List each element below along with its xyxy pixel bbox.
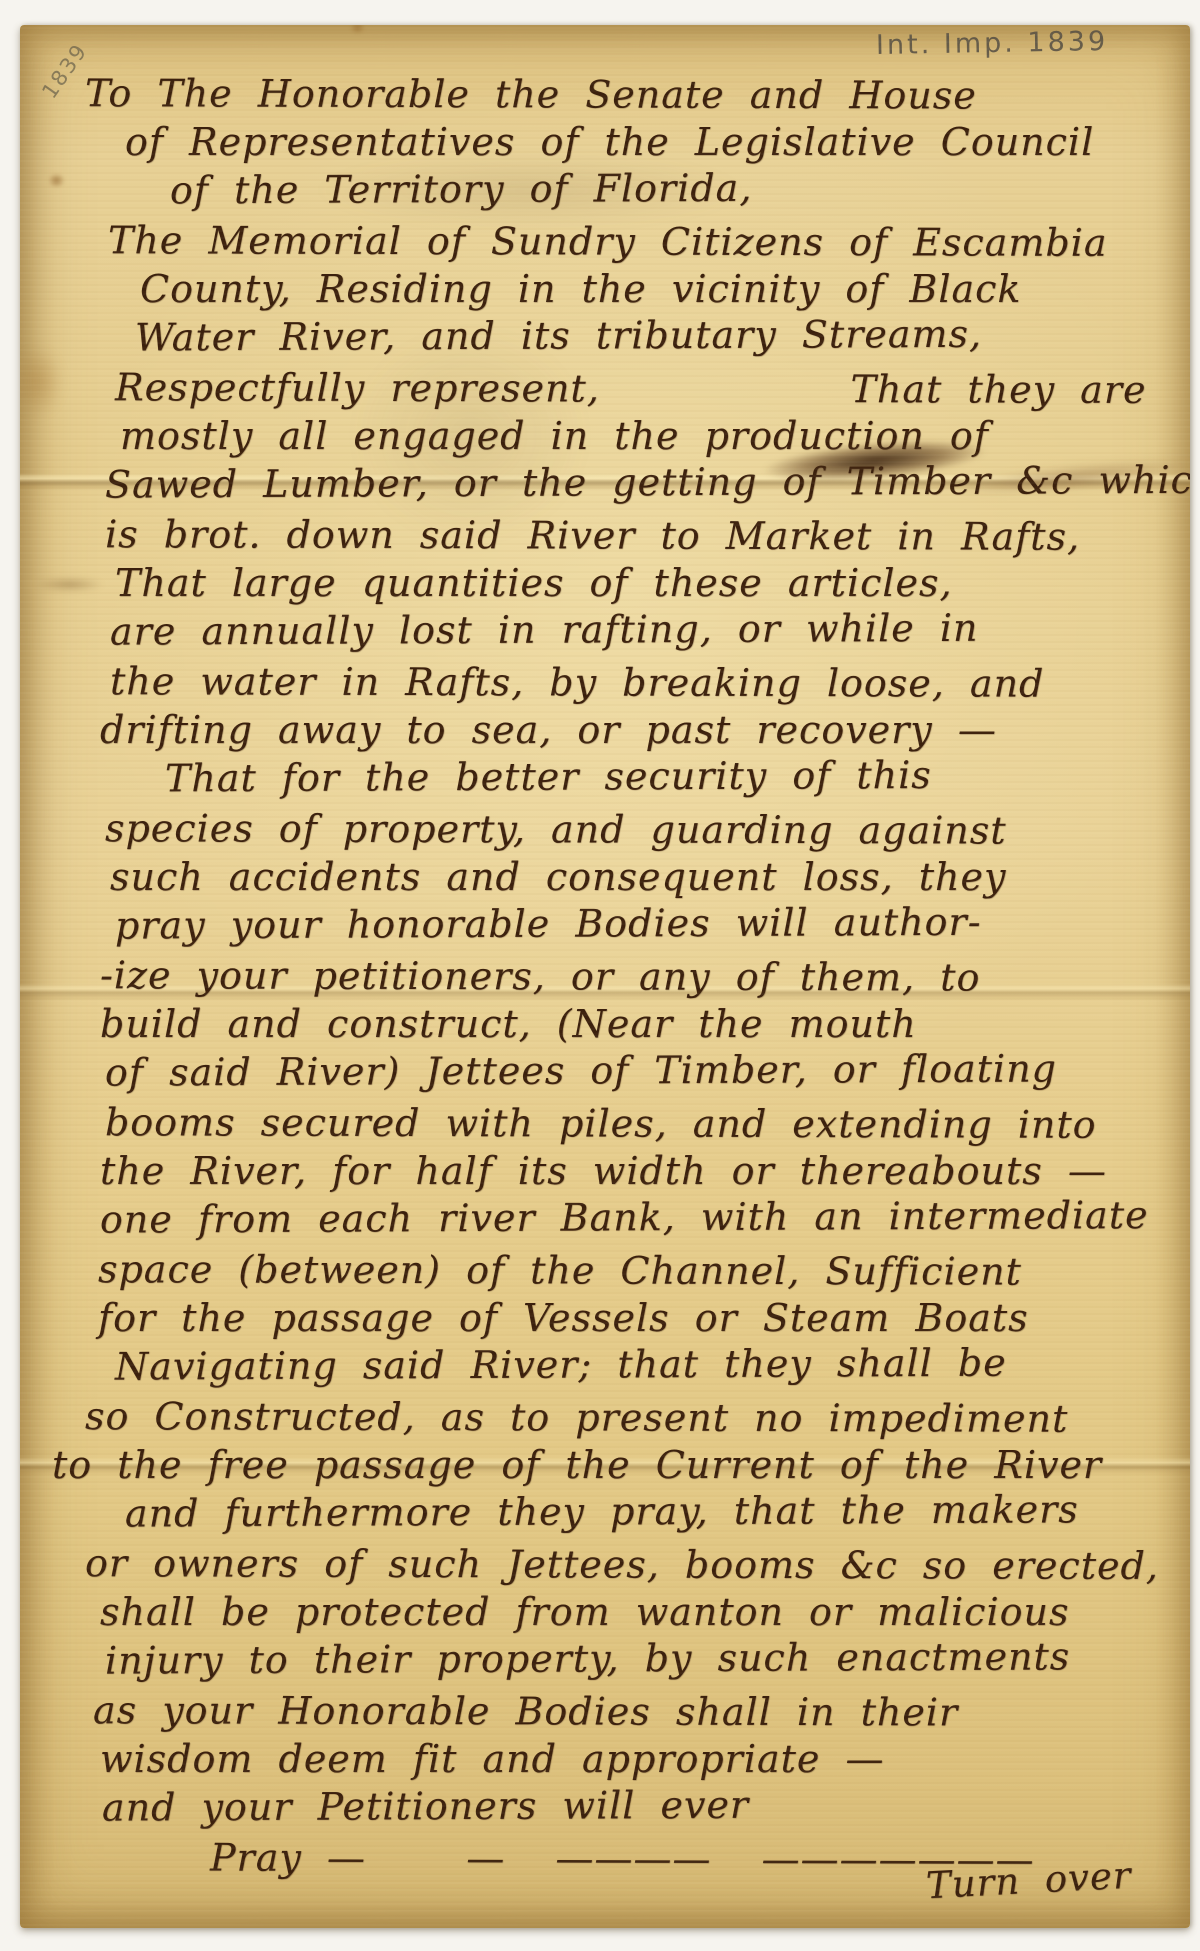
- handwritten-line: booms secured with piles, and extending …: [20, 1098, 1190, 1150]
- handwritten-line: To The Honorable the Senate and House: [20, 69, 1190, 121]
- document-lines: To The Honorable the Senate and Houseof …: [20, 69, 1190, 1882]
- handwritten-line: the River, for half its width or thereab…: [20, 1147, 1190, 1196]
- turn-over-note: Turn over: [925, 1854, 1133, 1908]
- handwritten-line: That large quantities of these articles,: [20, 559, 1190, 608]
- handwritten-line: Respectfully represent, That they are: [20, 363, 1190, 415]
- handwritten-line: of Representatives of the Legislative Co…: [20, 118, 1190, 167]
- manuscript-paper: 1839 Int. Imp. 1839 To The Honorable the…: [20, 25, 1190, 1928]
- handwritten-line: are annually lost in rafting, or while i…: [20, 603, 1190, 657]
- handwritten-line: one from each river Bank, with an interm…: [20, 1191, 1190, 1245]
- handwritten-line: space (between) of the Channel, Sufficie…: [20, 1245, 1190, 1297]
- handwritten-line: injury to their property, by such enactm…: [20, 1632, 1190, 1686]
- handwritten-line: drifting away to sea, or past recovery —: [20, 706, 1190, 755]
- handwritten-line: Sawed Lumber, or the getting of Timber &…: [20, 456, 1190, 510]
- handwritten-line: of said River) Jettees of Timber, or flo…: [20, 1044, 1190, 1098]
- handwritten-line: wisdom deem fit and appropriate —: [20, 1735, 1190, 1784]
- handwritten-line: or owners of such Jettees, booms &c so e…: [20, 1539, 1190, 1591]
- pencil-archival-label: Int. Imp. 1839: [876, 26, 1109, 61]
- handwritten-line: for the passage of Vessels or Steam Boat…: [20, 1294, 1190, 1343]
- handwritten-line: to the free passage of the Current of th…: [20, 1441, 1190, 1490]
- handwritten-line: as your Honorable Bodies shall in their: [20, 1686, 1190, 1738]
- handwritten-line: of the Territory of Florida,: [20, 162, 1190, 216]
- handwritten-line: species of property, and guarding agains…: [20, 804, 1190, 856]
- handwritten-line: Water River, and its tributary Streams,: [20, 309, 1190, 363]
- handwritten-line: shall be protected from wanton or malici…: [20, 1588, 1190, 1637]
- handwritten-line: pray your honorable Bodies will author-: [20, 897, 1190, 951]
- handwritten-line: -ize your petitioners, or any of them, t…: [20, 951, 1190, 1003]
- handwritten-line: build and construct, (Near the mouth: [20, 1000, 1190, 1049]
- handwritten-line: County, Residing in the vicinity of Blac…: [20, 265, 1190, 314]
- handwritten-line: such accidents and consequent loss, they: [20, 853, 1190, 902]
- handwritten-line: and furthermore they pray, that the make…: [20, 1485, 1190, 1539]
- handwritten-line: is brot. down said River to Market in Ra…: [20, 510, 1190, 562]
- handwritten-line: That for the better security of this: [20, 750, 1190, 804]
- paper-stain: [350, 25, 365, 34]
- handwritten-line: so Constructed, as to present no impedim…: [20, 1392, 1190, 1444]
- handwritten-line: The Memorial of Sundry Citizens of Escam…: [20, 216, 1190, 268]
- handwritten-line: and your Petitioners will ever: [20, 1779, 1190, 1833]
- handwritten-line: the water in Rafts, by breaking loose, a…: [20, 657, 1190, 709]
- handwritten-line: mostly all engaged in the production of: [20, 412, 1190, 461]
- handwritten-line: Navigating said River; that they shall b…: [20, 1338, 1190, 1392]
